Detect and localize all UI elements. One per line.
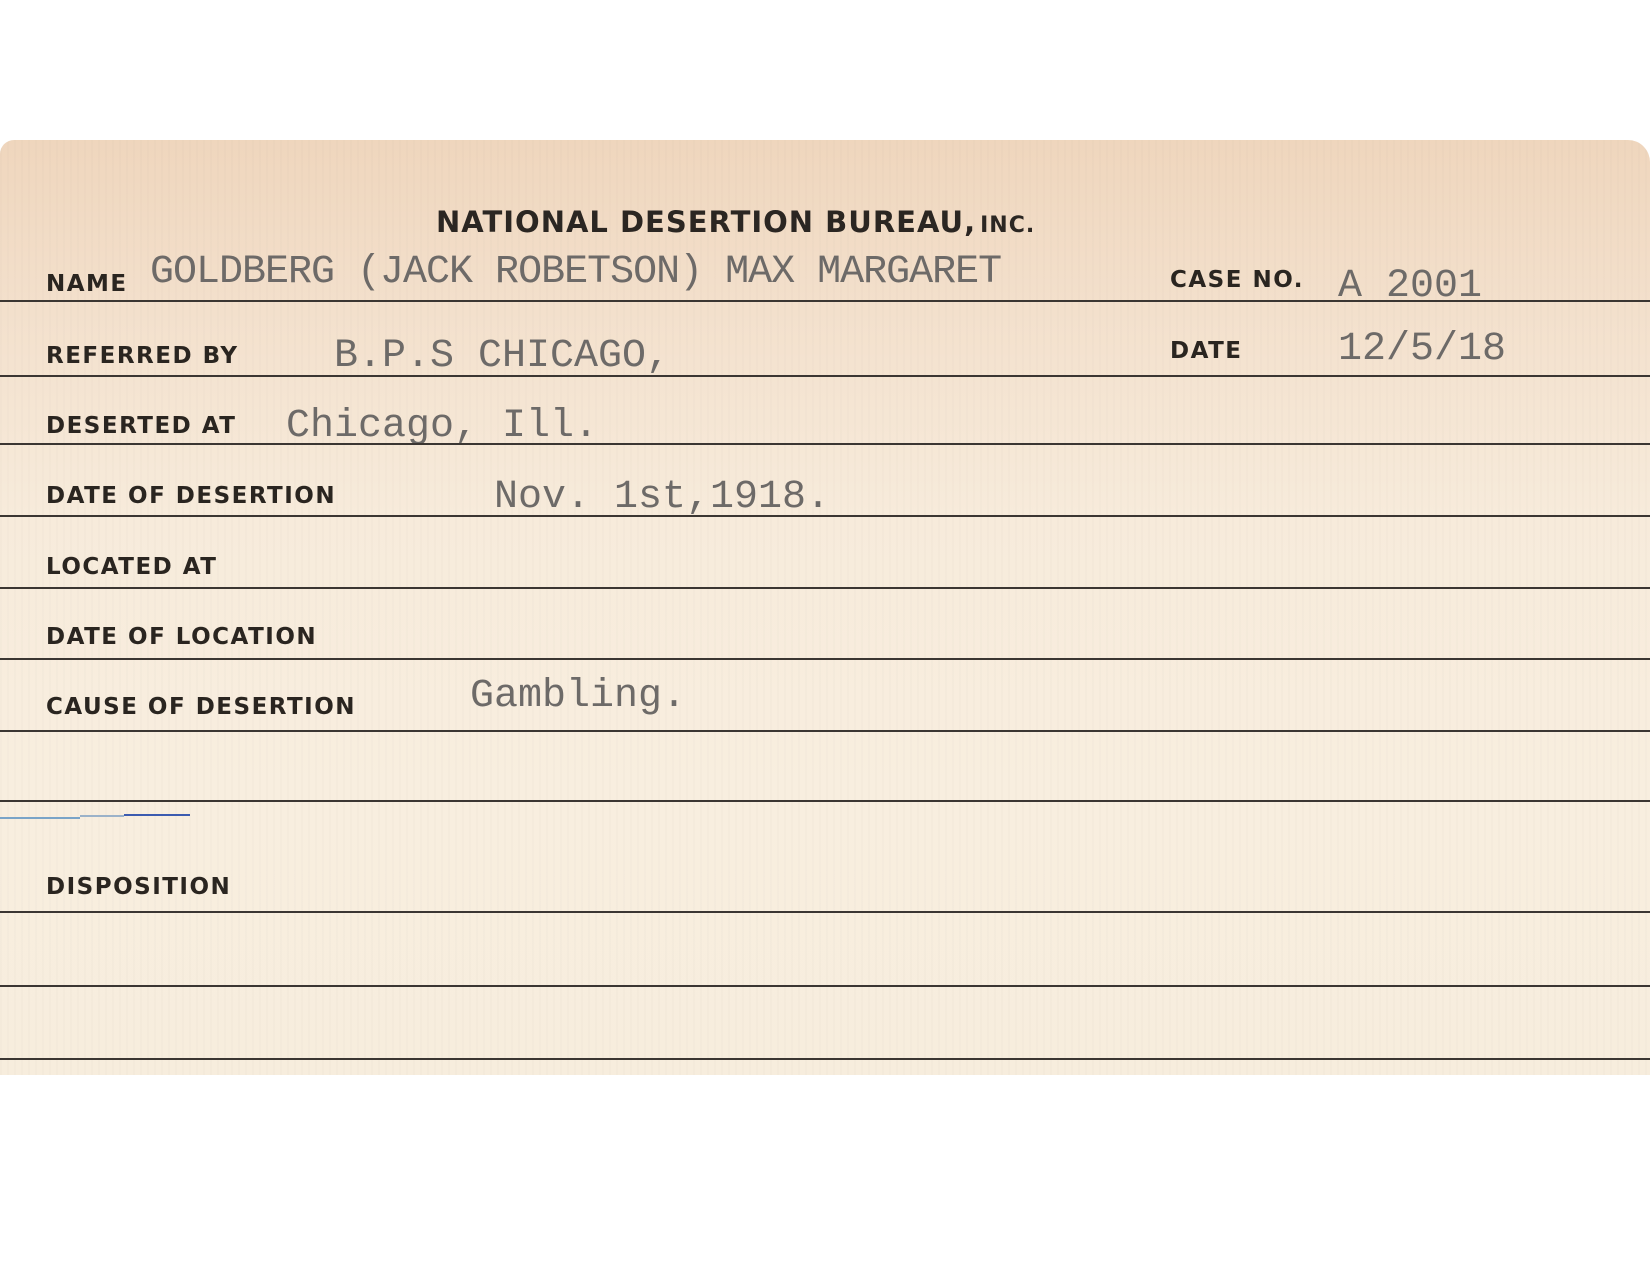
rule-name [0,300,1650,302]
bureau-name: NATIONAL DESERTION BUREAU, [436,205,976,239]
rule-date-of-desertion [0,515,1650,517]
rule-disposition-3 [0,1058,1650,1060]
blue-mark-fade [80,815,124,817]
date-of-desertion-label: DATE OF DESERTION [46,483,336,509]
blue-mark-light [0,817,80,819]
date-value: 12/5/18 [1338,327,1506,372]
case-no-value: A 2001 [1338,264,1482,309]
date-label: DATE [1170,338,1243,364]
rule-blank [0,800,1650,802]
bureau-suffix: INC. [980,213,1035,238]
rule-located-at [0,587,1650,589]
rule-date-of-location [0,658,1650,660]
rule-disposition [0,911,1650,913]
name-label: NAME [46,271,128,297]
deserted-at-label: DESERTED AT [46,413,236,439]
blue-mark-dark [124,814,190,816]
name-value: GOLDBERG (JACK ROBETSON) MAX MARGARET [150,250,1001,295]
disposition-label: DISPOSITION [46,874,231,900]
rule-disposition-2 [0,985,1650,987]
cause-of-desertion-value: Gambling. [470,674,686,719]
rule-referred [0,375,1650,377]
referred-by-value: B.P.S CHICAGO, [334,334,670,379]
located-at-label: LOCATED AT [46,554,218,580]
case-no-label: CASE NO. [1170,267,1304,293]
cause-of-desertion-label: CAUSE OF DESERTION [46,694,356,720]
card-title: NATIONAL DESERTION BUREAU,INC. [436,205,1035,239]
rule-cause [0,730,1650,732]
rule-deserted-at [0,443,1650,445]
date-of-location-label: DATE OF LOCATION [46,624,317,650]
date-of-desertion-value: Nov. 1st,1918. [494,475,830,520]
referred-by-label: REFERRED BY [46,343,239,369]
